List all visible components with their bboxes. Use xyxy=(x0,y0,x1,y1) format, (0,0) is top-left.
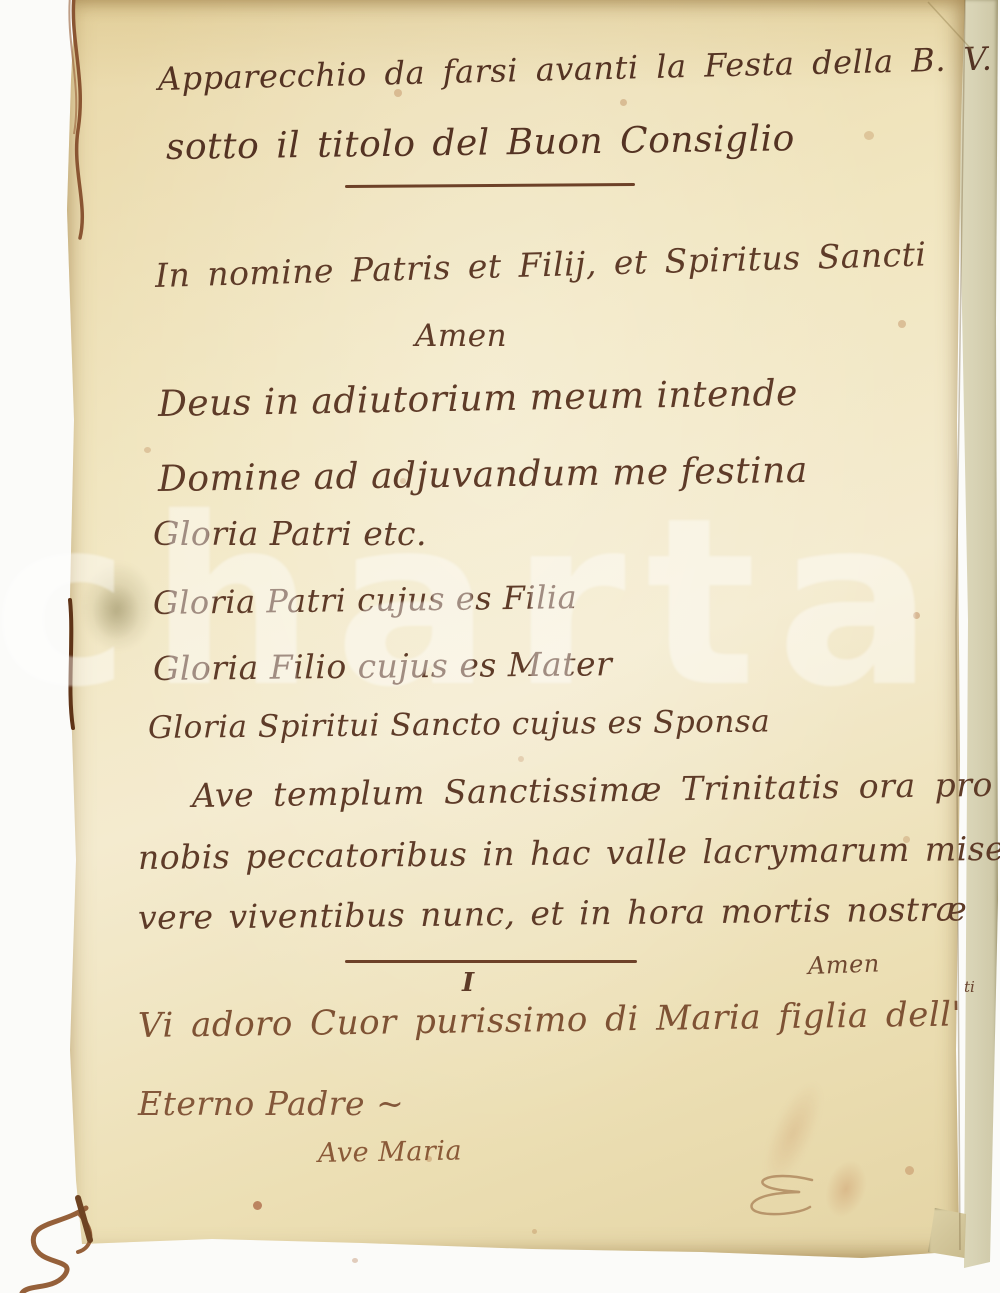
foxing-spot xyxy=(352,1258,358,1263)
line-gloria-filio-mater: Gloria Filio cujus es Mater xyxy=(153,644,613,688)
line-eterno-padre: Eterno Padre ~ xyxy=(138,1084,404,1123)
page-edge-fragment: ti xyxy=(964,978,975,996)
line-ave-maria: Ave Maria xyxy=(318,1135,463,1169)
dog-ear-corner xyxy=(928,1208,966,1258)
section-numeral: I xyxy=(462,968,475,998)
line-gloria-spiritui-sponsa: Gloria Spiritui Sancto cujus es Sponsa xyxy=(148,703,771,746)
line-amen: Amen xyxy=(415,318,507,354)
amen-right: Amen xyxy=(808,950,881,980)
line-gloria-patri-etc: Gloria Patri etc. xyxy=(153,514,427,553)
line-gloria-patri-filia: Gloria Patri cujus es Filia xyxy=(153,578,578,622)
binding-thread-bottom xyxy=(22,1208,86,1293)
page-title-line-2: sotto il titolo del Buon Consiglio xyxy=(166,118,795,168)
section-rule xyxy=(345,960,637,963)
manuscript-page xyxy=(62,0,965,1262)
scanned-manuscript-photo: Apparecchio da farsi avanti la Festa del… xyxy=(0,0,1000,1293)
